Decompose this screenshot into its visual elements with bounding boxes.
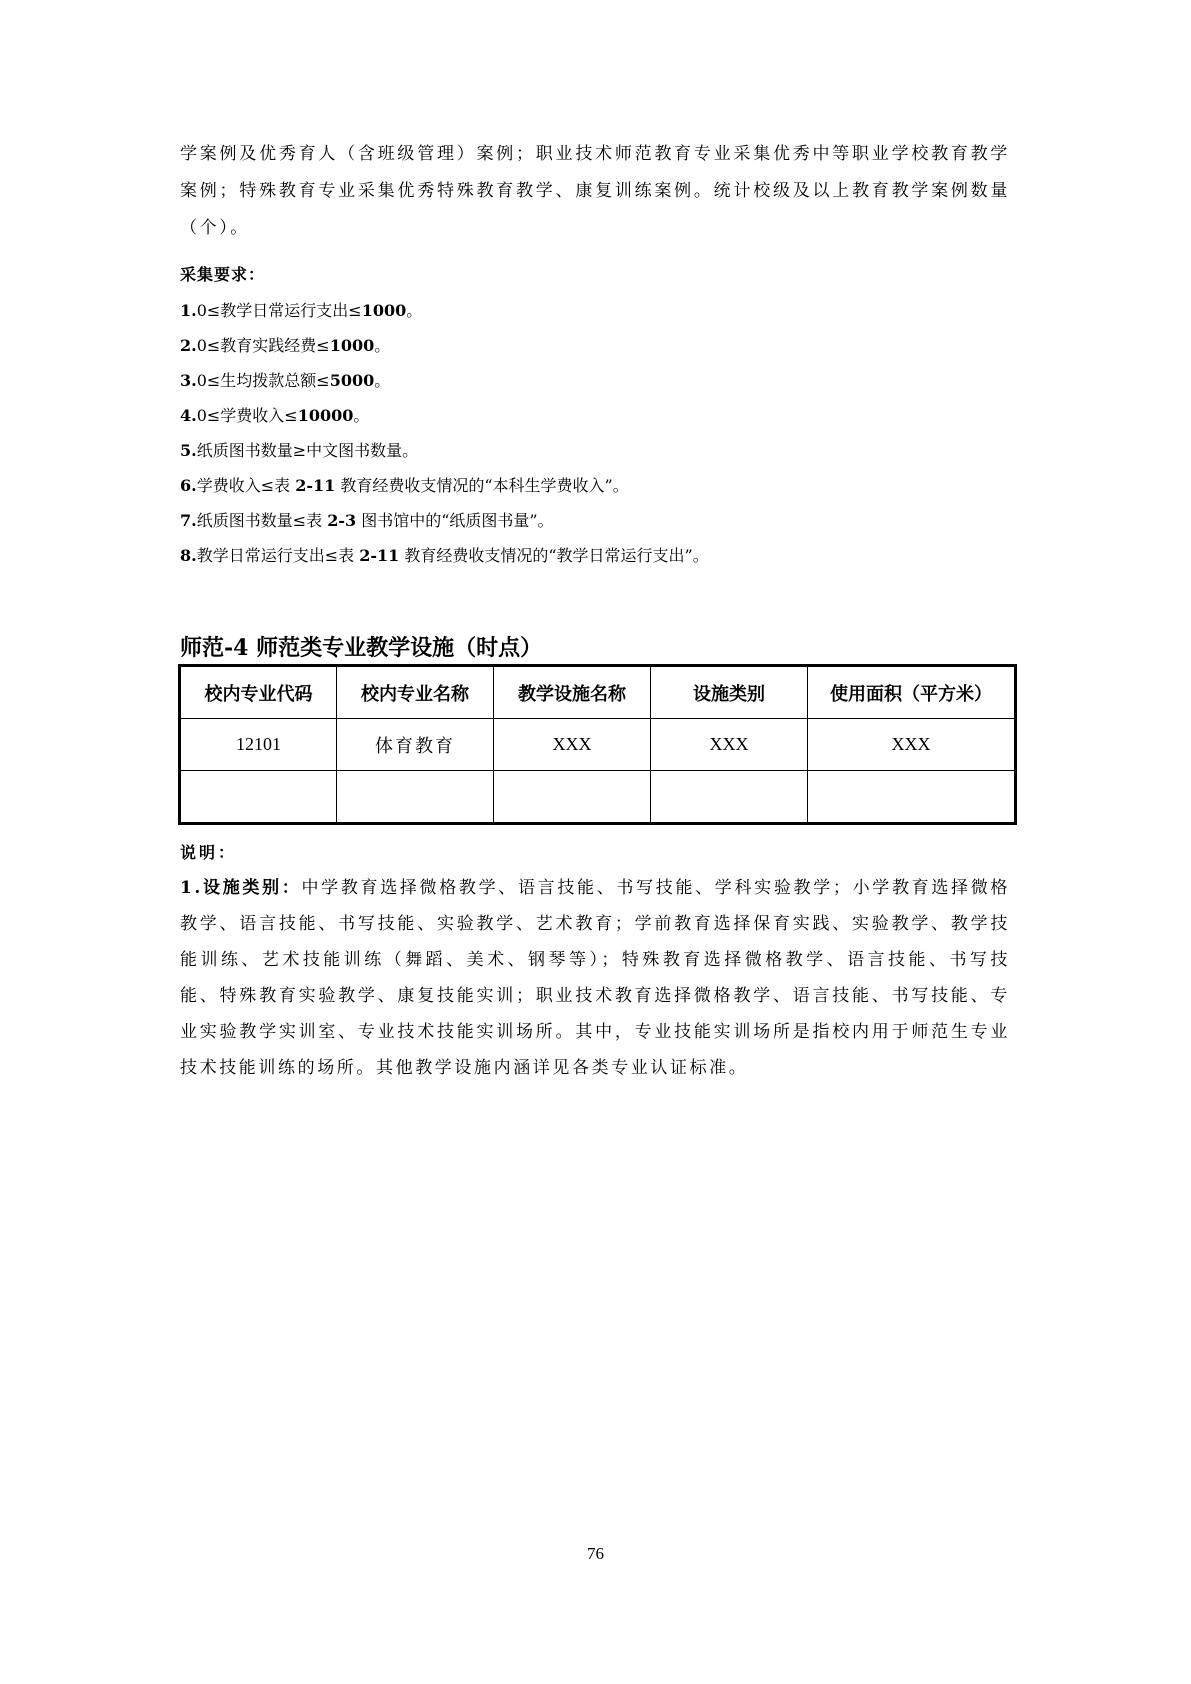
requirement-item: 8.教学日常运行支出≤表 2-11 教育经费收支情况的“教学日常运行支出”。: [180, 538, 709, 573]
page-number: 76: [0, 1544, 1191, 1564]
table-header-row: 校内专业代码 校内专业名称 教学设施名称 设施类别 使用面积（平方米）: [180, 666, 1016, 719]
facilities-table: 校内专业代码 校内专业名称 教学设施名称 设施类别 使用面积（平方米） 1210…: [178, 664, 1017, 825]
table-cell: [808, 771, 1016, 824]
table-cell: [337, 771, 494, 824]
table-cell: XXX: [808, 719, 1016, 771]
column-header: 设施类别: [651, 666, 808, 719]
requirement-item: 2.0≤教育实践经费≤1000。: [180, 328, 709, 363]
requirement-item: 6.学费收入≤表 2-11 教育经费收支情况的“本科生学费收入”。: [180, 468, 709, 503]
column-header: 使用面积（平方米）: [808, 666, 1016, 719]
table-cell: 体育教育: [337, 719, 494, 771]
column-header: 校内专业名称: [337, 666, 494, 719]
table-cell: [494, 771, 651, 824]
intro-paragraph-block: 学案例及优秀育人（含班级管理）案例；职业技术师范教育专业采集优秀中等职业学校教育…: [180, 136, 1010, 247]
requirement-item: 7.纸质图书数量≤表 2-3 图书馆中的“纸质图书量”。: [180, 503, 709, 538]
table-cell: XXX: [494, 719, 651, 771]
requirements-list: 1.0≤教学日常运行支出≤1000。 2.0≤教育实践经费≤1000。 3.0≤…: [180, 293, 709, 573]
notes-block: 1.设施类别：中学教育选择微格教学、语言技能、书写技能、学科实验教学；小学教育选…: [180, 870, 1010, 1086]
intro-paragraph: 学案例及优秀育人（含班级管理）案例；职业技术师范教育专业采集优秀中等职业学校教育…: [180, 136, 1010, 247]
requirement-item: 3.0≤生均拨款总额≤5000。: [180, 363, 709, 398]
document-page: 学案例及优秀育人（含班级管理）案例；职业技术师范教育专业采集优秀中等职业学校教育…: [0, 0, 1191, 1684]
column-header: 教学设施名称: [494, 666, 651, 719]
table-row: 12101 体育教育 XXX XXX XXX: [180, 719, 1016, 771]
requirement-item: 5.纸质图书数量≥中文图书数量。: [180, 433, 709, 468]
requirement-item: 1.0≤教学日常运行支出≤1000。: [180, 293, 709, 328]
table-cell: [180, 771, 337, 824]
note-item: 1.设施类别：中学教育选择微格教学、语言技能、书写技能、学科实验教学；小学教育选…: [180, 870, 1010, 1086]
notes-heading: 说明：: [180, 840, 237, 863]
table-row: [180, 771, 1016, 824]
requirements-heading: 采集要求：: [180, 262, 265, 285]
table-cell: 12101: [180, 719, 337, 771]
column-header: 校内专业代码: [180, 666, 337, 719]
note-text: 中学教育选择微格教学、语言技能、书写技能、学科实验教学；小学教育选择微格教学、语…: [180, 878, 1010, 1078]
table-title: 师范-4 师范类专业教学设施（时点）: [180, 631, 542, 662]
requirement-item: 4.0≤学费收入≤10000。: [180, 398, 709, 433]
table-cell: [651, 771, 808, 824]
note-label: 1.设施类别：: [180, 878, 301, 898]
table-cell: XXX: [651, 719, 808, 771]
